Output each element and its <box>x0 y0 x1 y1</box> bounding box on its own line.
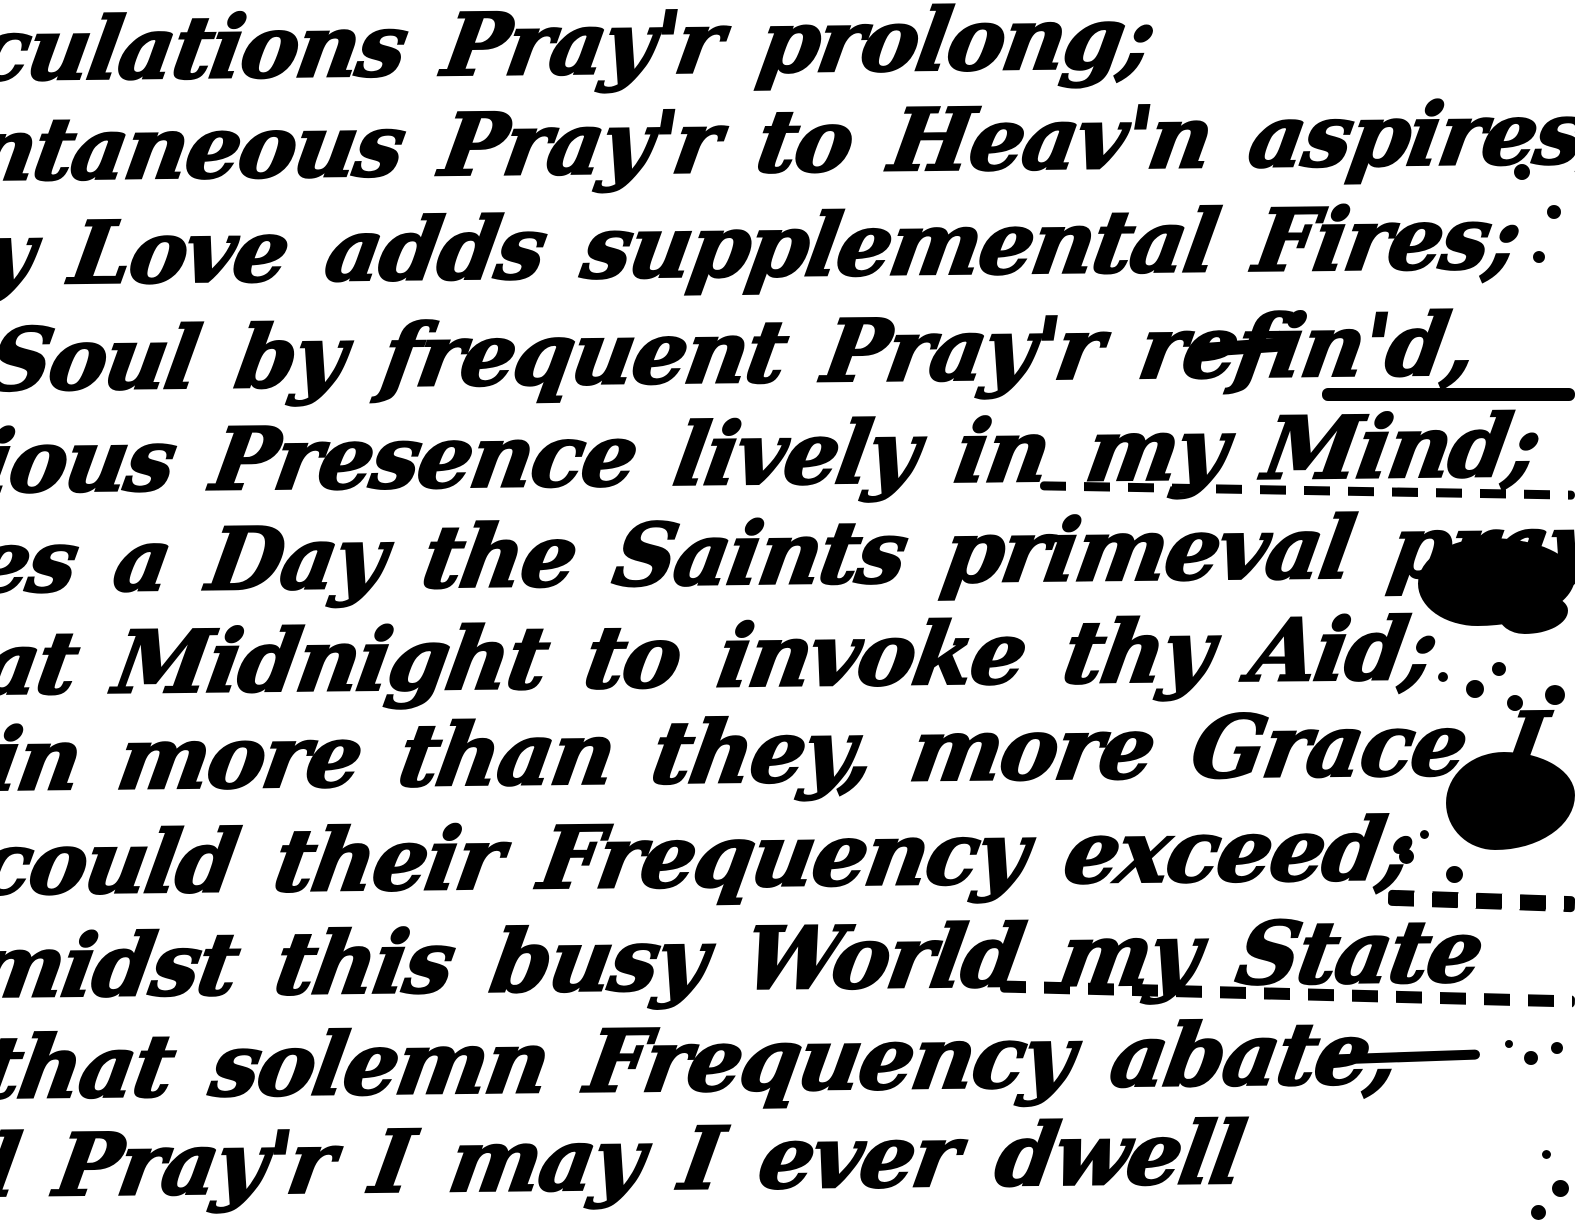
handwritten-line-4: Soul by frequent Pray'r refin'd, <box>0 302 1481 404</box>
handwritten-line-6: es a Day the Saints primeval pray <box>0 503 1575 606</box>
ink-smudge <box>1322 388 1575 401</box>
ink-smudge <box>1446 752 1575 850</box>
handwritten-line-9: could their Frequency exceed; <box>0 807 1419 908</box>
handwritten-line-12: l Pray'r I may I ever dwell <box>0 1111 1249 1210</box>
handwritten-line-2: ntaneous Pray'r to Heav'n aspires, <box>0 91 1575 194</box>
manuscript-page: culations Pray'r prolong; ntaneous Pray'… <box>0 0 1575 1220</box>
ink-smudge <box>1542 1150 1551 1159</box>
handwritten-line-8: in more than they, more Grace I ne <box>0 700 1575 804</box>
ink-smudge <box>1498 592 1568 634</box>
handwritten-line-7: at Midnight to invoke thy Aid; <box>0 607 1442 708</box>
ink-smudge <box>1438 672 1448 682</box>
handwritten-line-1: culations Pray'r prolong; <box>0 0 1160 94</box>
handwritten-line-11: that solemn Frequency abate, <box>0 1011 1404 1112</box>
ink-smudge <box>1490 148 1498 156</box>
handwritten-line-3: y Love adds supplemental Fires; <box>0 196 1525 298</box>
ink-smudge <box>1420 830 1429 839</box>
ink-smudge <box>1505 1040 1513 1048</box>
